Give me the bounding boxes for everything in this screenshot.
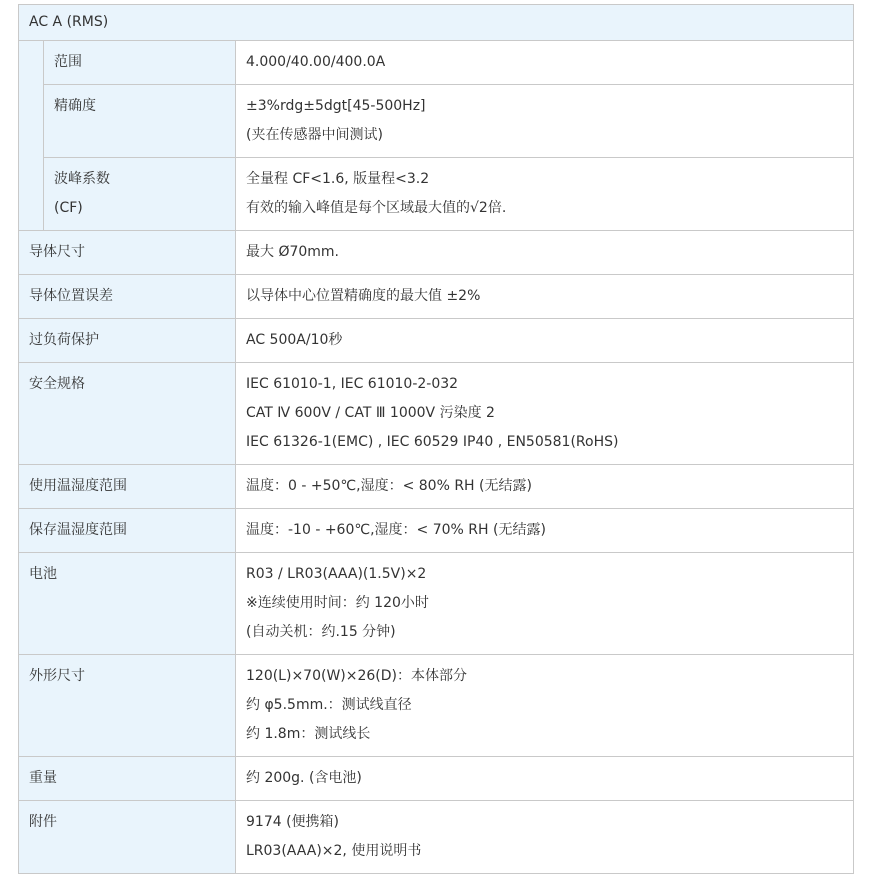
section-indent-cell xyxy=(19,41,44,231)
section-header-row: AC A (RMS) xyxy=(19,5,854,41)
row-label: 导体尺寸 xyxy=(29,238,225,267)
row-label-cell: 范围 xyxy=(44,41,236,85)
row-value-cell: ±3%rdg±5dgt[45-500Hz] (夹在传感器中间测试) xyxy=(236,85,854,158)
row-label: 外形尺寸 xyxy=(29,662,225,691)
table-row: 过负荷保护 AC 500A/10秒 xyxy=(19,319,854,363)
value-line: 4.000/40.00/400.0A xyxy=(246,48,843,77)
table-row: 外形尺寸 120(L)×70(W)×26(D)：本体部分 约 φ5.5mm.：测… xyxy=(19,655,854,757)
row-label: 重量 xyxy=(29,764,225,793)
value-line: CAT Ⅳ 600V / CAT Ⅲ 1000V 污染度 2 xyxy=(246,399,843,428)
value-line: (自动关机：约.15 分钟) xyxy=(246,618,843,647)
row-label: 保存温湿度范围 xyxy=(29,516,225,545)
value-line: 温度：-10 - +60℃,湿度：< 70% RH (无结露) xyxy=(246,516,843,545)
table-row: 电池 R03 / LR03(AAA)(1.5V)×2 ※连续使用时间：约 120… xyxy=(19,553,854,655)
row-label-cell: 导体尺寸 xyxy=(19,231,236,275)
row-value-cell: 以导体中心位置精确度的最大值 ±2% xyxy=(236,275,854,319)
table-row: 重量 约 200g. (含电池) xyxy=(19,757,854,801)
value-line: AC 500A/10秒 xyxy=(246,326,843,355)
row-label: (CF) xyxy=(54,194,225,223)
value-line: 约 φ5.5mm.：测试线直径 xyxy=(246,691,843,720)
value-line: 9174 (便携箱) xyxy=(246,808,843,837)
value-line: 约 200g. (含电池) xyxy=(246,764,843,793)
row-label: 电池 xyxy=(29,560,225,589)
row-label-cell: 电池 xyxy=(19,553,236,655)
value-line: 有效的输入峰值是每个区域最大值的√2倍. xyxy=(246,194,843,223)
value-line: LR03(AAA)×2, 使用说明书 xyxy=(246,837,843,866)
row-label: 波峰系数 xyxy=(54,165,225,194)
value-line: ※连续使用时间：约 120小时 xyxy=(246,589,843,618)
table-row: 保存温湿度范围 温度：-10 - +60℃,湿度：< 70% RH (无结露) xyxy=(19,509,854,553)
row-label-cell: 附件 xyxy=(19,801,236,874)
row-value-cell: 9174 (便携箱) LR03(AAA)×2, 使用说明书 xyxy=(236,801,854,874)
spec-table: AC A (RMS) 范围 4.000/40.00/400.0A 精确度 ±3%… xyxy=(18,4,854,874)
row-label: 范围 xyxy=(54,48,225,77)
row-label: 精确度 xyxy=(54,92,225,121)
section-header: AC A (RMS) xyxy=(19,5,854,41)
row-label-cell: 保存温湿度范围 xyxy=(19,509,236,553)
row-label-cell: 精确度 xyxy=(44,85,236,158)
row-value-cell: R03 / LR03(AAA)(1.5V)×2 ※连续使用时间：约 120小时 … xyxy=(236,553,854,655)
value-line: IEC 61326-1(EMC) , IEC 60529 IP40 , EN50… xyxy=(246,428,843,457)
table-row: 使用温湿度范围 温度：0 - +50℃,湿度：< 80% RH (无结露) xyxy=(19,465,854,509)
value-line: 约 1.8m：测试线长 xyxy=(246,720,843,749)
value-line: (夹在传感器中间测试) xyxy=(246,121,843,150)
row-value-cell: 最大 Ø70mm. xyxy=(236,231,854,275)
row-label: 使用温湿度范围 xyxy=(29,472,225,501)
table-row: 附件 9174 (便携箱) LR03(AAA)×2, 使用说明书 xyxy=(19,801,854,874)
row-label: 附件 xyxy=(29,808,225,837)
table-row: 波峰系数 (CF) 全量程 CF<1.6, 版量程<3.2 有效的输入峰值是每个… xyxy=(19,158,854,231)
row-value-cell: 温度：-10 - +60℃,湿度：< 70% RH (无结露) xyxy=(236,509,854,553)
row-label-cell: 重量 xyxy=(19,757,236,801)
row-value-cell: 全量程 CF<1.6, 版量程<3.2 有效的输入峰值是每个区域最大值的√2倍. xyxy=(236,158,854,231)
row-value-cell: IEC 61010-1, IEC 61010-2-032 CAT Ⅳ 600V … xyxy=(236,363,854,465)
row-value-cell: AC 500A/10秒 xyxy=(236,319,854,363)
row-value-cell: 约 200g. (含电池) xyxy=(236,757,854,801)
row-label-cell: 过负荷保护 xyxy=(19,319,236,363)
value-line: 温度：0 - +50℃,湿度：< 80% RH (无结露) xyxy=(246,472,843,501)
value-line: 全量程 CF<1.6, 版量程<3.2 xyxy=(246,165,843,194)
row-value-cell: 120(L)×70(W)×26(D)：本体部分 约 φ5.5mm.：测试线直径 … xyxy=(236,655,854,757)
table-row: 精确度 ±3%rdg±5dgt[45-500Hz] (夹在传感器中间测试) xyxy=(19,85,854,158)
row-label-cell: 波峰系数 (CF) xyxy=(44,158,236,231)
row-label-cell: 导体位置误差 xyxy=(19,275,236,319)
table-row: 范围 4.000/40.00/400.0A xyxy=(19,41,854,85)
row-label-cell: 外形尺寸 xyxy=(19,655,236,757)
table-row: 导体尺寸 最大 Ø70mm. xyxy=(19,231,854,275)
row-label-cell: 安全规格 xyxy=(19,363,236,465)
row-value-cell: 4.000/40.00/400.0A xyxy=(236,41,854,85)
value-line: 以导体中心位置精确度的最大值 ±2% xyxy=(246,282,843,311)
value-line: IEC 61010-1, IEC 61010-2-032 xyxy=(246,370,843,399)
row-label: 安全规格 xyxy=(29,370,225,399)
table-row: 导体位置误差 以导体中心位置精确度的最大值 ±2% xyxy=(19,275,854,319)
table-row: 安全规格 IEC 61010-1, IEC 61010-2-032 CAT Ⅳ … xyxy=(19,363,854,465)
value-line: ±3%rdg±5dgt[45-500Hz] xyxy=(246,92,843,121)
row-label-cell: 使用温湿度范围 xyxy=(19,465,236,509)
row-label: 过负荷保护 xyxy=(29,326,225,355)
row-value-cell: 温度：0 - +50℃,湿度：< 80% RH (无结露) xyxy=(236,465,854,509)
row-label: 导体位置误差 xyxy=(29,282,225,311)
value-line: 最大 Ø70mm. xyxy=(246,238,843,267)
value-line: R03 / LR03(AAA)(1.5V)×2 xyxy=(246,560,843,589)
value-line: 120(L)×70(W)×26(D)：本体部分 xyxy=(246,662,843,691)
